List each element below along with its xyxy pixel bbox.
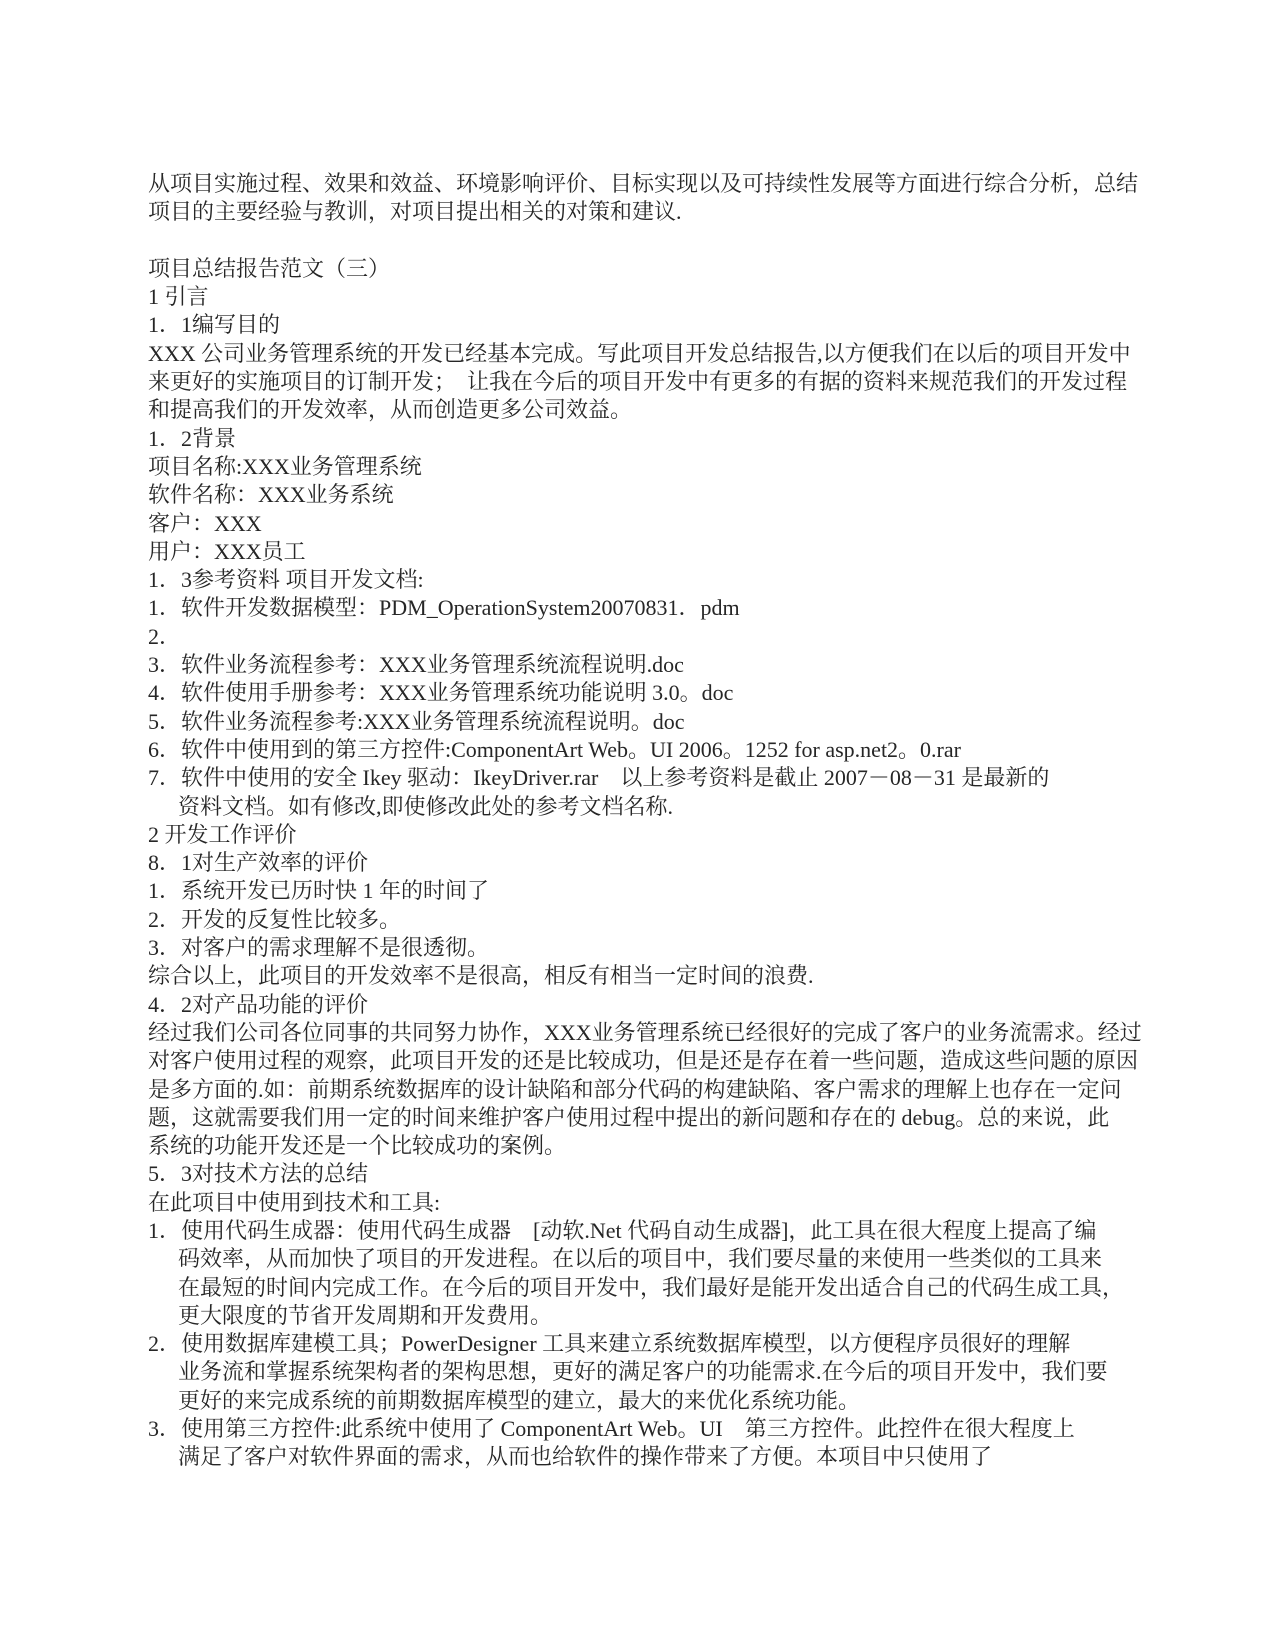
text-line: 1．3参考资料 项目开发文档: <box>148 566 1168 594</box>
list-item-line: 1．系统开发已历时快 1 年的时间了 <box>148 877 1168 905</box>
blank-line <box>148 227 1168 255</box>
list-item-text: 系统开发已历时快 1 年的时间了 <box>181 877 1168 905</box>
continuation-line: 满足了客户对软件界面的需求，从而也给软件的操作带来了方便。本项目中只使用了 <box>148 1443 1168 1471</box>
text-line: 在此项目中使用到技术和工具: <box>148 1189 1168 1217</box>
text-line: 项目名称:XXX业务管理系统 <box>148 453 1168 481</box>
list-item-line: 1．使用代码生成器：使用代码生成器 [动软.Net 代码自动生成器]，此工具在很… <box>148 1217 1168 1245</box>
text-line: 对客户使用过程的观察，此项目开发的还是比较成功，但是还是存在着一些问题，造成这些… <box>148 1047 1168 1075</box>
list-item-text: 软件开发数据模型：PDM_OperationSystem20070831．pdm <box>181 594 1168 622</box>
list-item-number: 1． <box>148 594 181 622</box>
text-line: 用户：XXX员工 <box>148 538 1168 566</box>
list-item-line: 3．对客户的需求理解不是很透彻。 <box>148 934 1168 962</box>
list-item-number: 1． <box>148 1217 181 1245</box>
list-item-line: 6．软件中使用到的第三方控件:ComponentArt Web。UI 2006。… <box>148 736 1168 764</box>
text-line: 项目总结报告范文（三） <box>148 255 1168 283</box>
continuation-line: 业务流和掌握系统架构者的架构思想，更好的满足客户的功能需求.在今后的项目开发中，… <box>148 1358 1168 1386</box>
list-item-number: 7． <box>148 764 181 792</box>
list-item-number: 2． <box>148 906 181 934</box>
text-line: 项目的主要经验与教训，对项目提出相关的对策和建议. <box>148 198 1168 226</box>
list-item-line: 3．使用第三方控件:此系统中使用了 ComponentArt Web。UI 第三… <box>148 1415 1168 1443</box>
list-item-line: 2． <box>148 623 1168 651</box>
continuation-line: 更好的来完成系统的前期数据库模型的建立，最大的来优化系统功能。 <box>148 1387 1168 1415</box>
list-item-text: 对客户的需求理解不是很透彻。 <box>181 934 1168 962</box>
text-line: 4．2对产品功能的评价 <box>148 991 1168 1019</box>
continuation-line: 资料文档。如有修改,即使修改此处的参考文档名称. <box>148 793 1168 821</box>
text-line: 1 引言 <box>148 283 1168 311</box>
text-line: 题，这就需要我们用一定的时间来维护客户使用过程中提出的新问题和存在的 debug… <box>148 1104 1168 1132</box>
list-item-text: 使用第三方控件:此系统中使用了 ComponentArt Web。UI 第三方控… <box>181 1415 1168 1443</box>
list-item-number: 3． <box>148 1415 181 1443</box>
text-line: 8．1对生产效率的评价 <box>148 849 1168 877</box>
list-item-text: 软件中使用到的第三方控件:ComponentArt Web。UI 2006。12… <box>181 736 1168 764</box>
list-item-line: 3．软件业务流程参考：XXX业务管理系统流程说明.doc <box>148 651 1168 679</box>
list-item-line: 2．开发的反复性比较多。 <box>148 906 1168 934</box>
continuation-line: 码效率，从而加快了项目的开发进程。在以后的项目中，我们要尽量的来使用一些类似的工… <box>148 1245 1168 1273</box>
text-line: 是多方面的.如：前期系统数据库的设计缺陷和部分代码的构建缺陷、客户需求的理解上也… <box>148 1076 1168 1104</box>
text-line: 经过我们公司各位同事的共同努力协作，XXX业务管理系统已经很好的完成了客户的业务… <box>148 1019 1168 1047</box>
list-item-number: 6． <box>148 736 181 764</box>
text-line: 客户：XXX <box>148 510 1168 538</box>
list-item-text: 开发的反复性比较多。 <box>181 906 1168 934</box>
text-line: 系统的功能开发还是一个比较成功的案例。 <box>148 1132 1168 1160</box>
document-page: 从项目实施过程、效果和效益、环境影响评价、目标实现以及可持续性发展等方面进行综合… <box>0 0 1275 1650</box>
continuation-line: 更大限度的节省开发周期和开发费用。 <box>148 1302 1168 1330</box>
list-item-number: 2． <box>148 1330 181 1358</box>
list-item-number: 3． <box>148 934 181 962</box>
list-item-text: 使用数据库建模工具；PowerDesigner 工具来建立系统数据库模型，以方便… <box>181 1330 1168 1358</box>
list-item-line: 1．软件开发数据模型：PDM_OperationSystem20070831．p… <box>148 594 1168 622</box>
text-line: 从项目实施过程、效果和效益、环境影响评价、目标实现以及可持续性发展等方面进行综合… <box>148 170 1168 198</box>
text-line: 2 开发工作评价 <box>148 821 1168 849</box>
text-line: XXX 公司业务管理系统的开发已经基本完成。写此项目开发总结报告,以方便我们在以… <box>148 340 1168 368</box>
list-item-number: 4． <box>148 679 181 707</box>
text-line: 和提高我们的开发效率，从而创造更多公司效益。 <box>148 396 1168 424</box>
list-item-text: 软件使用手册参考：XXX业务管理系统功能说明 3.0。doc <box>181 679 1168 707</box>
list-item-line: 2．使用数据库建模工具；PowerDesigner 工具来建立系统数据库模型，以… <box>148 1330 1168 1358</box>
list-item-line: 4．软件使用手册参考：XXX业务管理系统功能说明 3.0。doc <box>148 679 1168 707</box>
text-line: 1．2背景 <box>148 425 1168 453</box>
list-item-text: 软件业务流程参考:XXX业务管理系统流程说明。doc <box>181 708 1168 736</box>
list-item-number: 2． <box>148 623 181 651</box>
list-item-number: 5． <box>148 708 181 736</box>
text-line: 来更好的实施项目的订制开发； 让我在今后的项目开发中有更多的有据的资料来规范我们… <box>148 368 1168 396</box>
text-line: 5．3对技术方法的总结 <box>148 1160 1168 1188</box>
list-item-line: 5．软件业务流程参考:XXX业务管理系统流程说明。doc <box>148 708 1168 736</box>
list-item-text: 软件中使用的安全 Ikey 驱动：IkeyDriver.rar 以上参考资料是截… <box>181 764 1168 792</box>
list-item-text: 软件业务流程参考：XXX业务管理系统流程说明.doc <box>181 651 1168 679</box>
list-item-line: 7．软件中使用的安全 Ikey 驱动：IkeyDriver.rar 以上参考资料… <box>148 764 1168 792</box>
text-line: 软件名称：XXX业务系统 <box>148 481 1168 509</box>
list-item-number: 3． <box>148 651 181 679</box>
document-body: 从项目实施过程、效果和效益、环境影响评价、目标实现以及可持续性发展等方面进行综合… <box>148 170 1168 1472</box>
text-line: 综合以上，此项目的开发效率不是很高，相反有相当一定时间的浪费. <box>148 962 1168 990</box>
continuation-line: 在最短的时间内完成工作。在今后的项目开发中，我们最好是能开发出适合自己的代码生成… <box>148 1274 1168 1302</box>
list-item-number: 1． <box>148 877 181 905</box>
list-item-text: 使用代码生成器：使用代码生成器 [动软.Net 代码自动生成器]，此工具在很大程… <box>181 1217 1168 1245</box>
text-line: 1．1编写目的 <box>148 311 1168 339</box>
